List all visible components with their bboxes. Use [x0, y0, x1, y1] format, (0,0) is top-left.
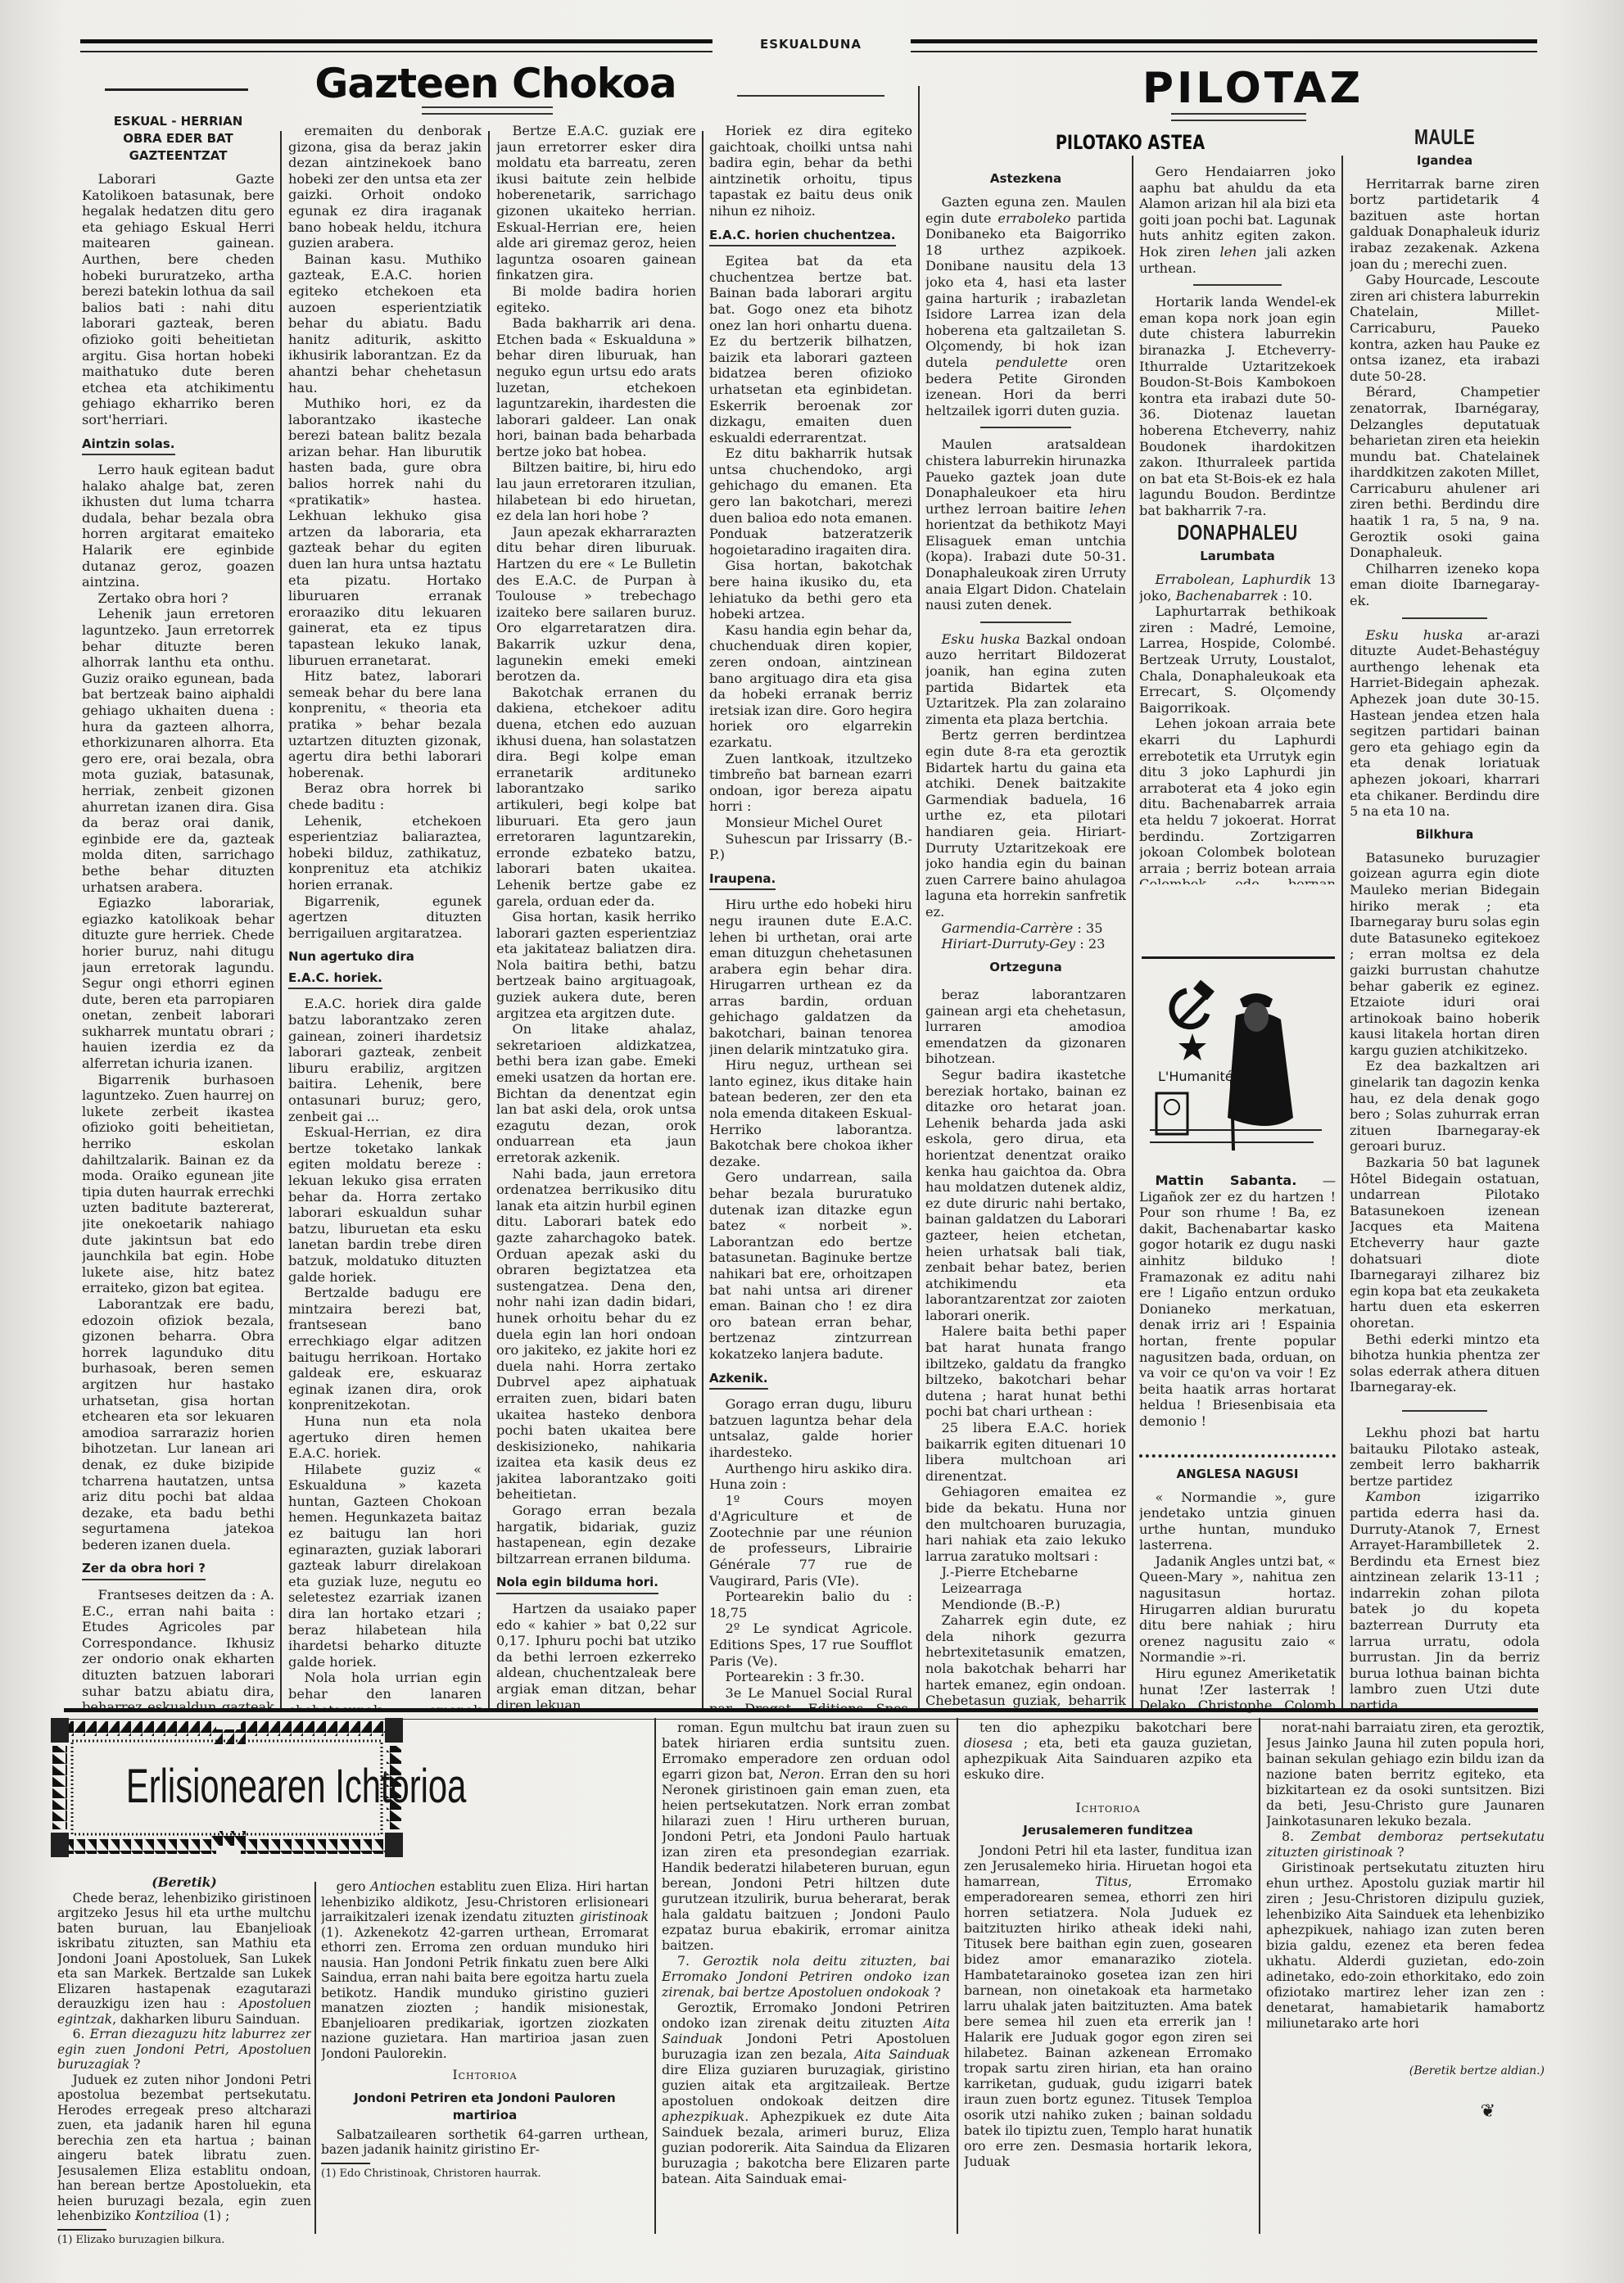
paragraph: Bi molde badira horien egiteko.	[496, 283, 696, 315]
paragraph: Hiru egunez Ameriketatik hunat !Zer last…	[1139, 1666, 1336, 1713]
paragraph: Jondoni Petri hil eta laster, funditua i…	[964, 1842, 1252, 2169]
paragraph: Bethi ederki mintzo eta bihotza hunkia p…	[1350, 1331, 1540, 1395]
paragraph: 6. Erran diezaguzu hitz laburrez zer egi…	[57, 2027, 311, 2073]
paragraph: 1º Cours moyen d'Agriculture et de Zoote…	[709, 1493, 912, 1589]
subheading-astezkena: Astezkena	[925, 170, 1126, 188]
separator	[1193, 284, 1282, 286]
paragraph: Bigarrenik, egunek agertzen dituzten ber…	[288, 893, 482, 942]
masthead-rule-left	[80, 39, 712, 52]
column-rule	[1132, 156, 1133, 1711]
paragraph: Ez ditu bakharrik hutsak untsa chuchendo…	[709, 445, 912, 558]
paragraph: Segur badira ikastetche bereziak hortako…	[925, 1067, 1126, 1324]
erlisionea-column-4: ten dio aphezpiku bakotchari bere dioses…	[964, 1720, 1252, 2260]
paragraph: Maulen aratsaldean chistera laburrekin h…	[925, 436, 1126, 613]
paragraph: Horiek ez dira egiteko gaichtoak, choilk…	[709, 123, 912, 219]
paragraph: Geroztik, Erromako Jondoni Petriren ondo…	[662, 2000, 950, 2186]
svg-text:L'Humanité: L'Humanité	[1158, 1069, 1233, 1084]
paragraph: Bada bakharrik ari dena. Etchen bada « E…	[496, 315, 696, 459]
erlisionea-column-1: (Beretik) Chede beraz, lehenbiziko giris…	[57, 1875, 311, 2260]
paragraph: Bainan kasu. Muthiko gazteak, E.A.C. hor…	[288, 251, 482, 396]
paragraph: Egitea bat da eta chuchentzea bertze bat…	[709, 253, 912, 445]
fleuron-icon: ❦	[1266, 2104, 1545, 2119]
paragraph: Eskual-Herrian, ez dira bertze toketako …	[288, 1124, 482, 1285]
subheading-igandea: Igandea	[1350, 152, 1540, 170]
paragraph: Errabolean, Laphurdik 13 joko, Bachenaba…	[1139, 572, 1336, 604]
article-column-6b: Mattin Sabanta. — Ligañok zer ez du hart…	[1139, 1173, 1336, 1713]
paragraph: Bertze E.A.C. guziak ere jaun erretorrer…	[496, 123, 696, 283]
section-title-gazteen-chokoa: Gazteen Chokoa	[303, 59, 688, 108]
paragraph: Garmendia-Carrère : 35	[925, 920, 1126, 937]
paragraph: ten dio aphezpiku bakotchari bere dioses…	[964, 1720, 1252, 1782]
separator	[1142, 956, 1335, 959]
subheading-zer-da: Zer da obra hori ?	[82, 1561, 206, 1580]
column-rule	[280, 131, 282, 1711]
subheading-azkenik: Azkenik.	[709, 1371, 768, 1390]
masthead-rule-right	[911, 39, 1537, 52]
paragraph: Halere baita bethi paper bat harat hunat…	[925, 1323, 1126, 1420]
paragraph: Lehenik jaun erretoren laguntzeko. Jaun …	[82, 606, 274, 895]
paragraph: norat-nahi barraiatu ziren, eta geroztik…	[1266, 1720, 1545, 1829]
paragraph: Esku huska Bazkal ondoan auzo herritart …	[925, 631, 1126, 728]
paragraph: Batasuneko buruzagier goizean agurra egi…	[1350, 850, 1540, 1059]
subheading-donaphaleu: DONAPHALEU	[1160, 525, 1314, 541]
paragraph: Leizearraga	[925, 1580, 1126, 1597]
paragraph: Nola hola urrian egin behar den lanaren …	[288, 1670, 482, 1711]
column-rule	[1259, 1718, 1260, 2234]
erlisionea-banner: Erlisionearen Ichtorioa	[51, 1718, 403, 1857]
paragraph: Bertzalde badugu ere mintzaira berezi ba…	[288, 1285, 482, 1413]
paragraph: « Normandie », gure jendetako untzia gin…	[1139, 1490, 1336, 1553]
paragraph: 2º Le syndicat Agricole. Editions Spes, …	[709, 1621, 912, 1669]
paragraph: Jaun apezak ekharrarazten ditu behar dir…	[496, 524, 696, 685]
article-column-1: ESKUAL - HERRIAN OBRA EDER BAT GAZTEENTZ…	[82, 106, 274, 1711]
paragraph: Suhescun par Irissarry (B.-P.)	[709, 831, 912, 863]
paragraph: Juduek ez zuten nihor Jondoni Petri apos…	[57, 2073, 311, 2224]
hammer-sickle-cartoon-icon: L'Humanité	[1142, 966, 1338, 1163]
article-column-4: Horiek ez dira egiteko gaichtoak, choilk…	[709, 123, 912, 1711]
article-headline: ESKUAL - HERRIAN OBRA EDER BAT GAZTEENTZ…	[82, 113, 274, 165]
paragraph: Bigarrenik burhasoen laguntzeko. Zuen ha…	[82, 1072, 274, 1296]
ichtorioa-label: Ichtorioa	[964, 1800, 1252, 1815]
paragraph: gero Antiochen establitu zuen Eliza. Hir…	[321, 1879, 649, 2061]
paragraph: Portearekin balio du : 18,75	[709, 1589, 912, 1621]
ornament-rule	[737, 95, 884, 97]
paragraph: Beraz obra horrek bi chede baditu :	[288, 780, 482, 812]
paragraph: Portearekin : 3 fr.30.	[709, 1669, 912, 1685]
article-column-5-continued: beraz laborantzaren gainean argi eta che…	[925, 987, 1126, 1711]
beretik-label: (Beretik)	[57, 1875, 311, 1891]
paragraph: Lekhu phozi bat hartu baitauku Pilotako …	[1350, 1425, 1540, 1489]
erlisionea-title: Erlisionearen Ichtorioa	[126, 1754, 328, 1820]
paragraph: Muthiko hori, ez da laborantzako ikastec…	[288, 396, 482, 668]
paragraph: Salbatzailearen sorthetik 64-garren urth…	[321, 2127, 649, 2158]
paragraph: Mendionde (B.-P.)	[925, 1597, 1126, 1613]
paragraph: Gero Hendaiarren joko aaphu bat ahuldu d…	[1139, 164, 1336, 276]
erlisionea-column-5: norat-nahi barraiatu ziren, eta geroztik…	[1266, 1720, 1545, 2260]
masthead-title: ESKUALDUNA	[712, 37, 909, 52]
erlisionea-column-2: gero Antiochen establitu zuen Eliza. Hir…	[321, 1879, 649, 2264]
paragraph: Hiriart-Durruty-Gey : 23	[925, 936, 1126, 952]
paragraph: Monsieur Michel Ouret	[709, 815, 912, 831]
subheading-nola-egin-bilduma: Nola egin bilduma hori.	[496, 1575, 658, 1594]
ichtorioa-label: Ichtorioa	[321, 2068, 649, 2083]
paragraph: Lerro hauk egitean badut halako ahalge b…	[82, 462, 274, 590]
paragraph: Herritarrak barne ziren bortz partidetar…	[1350, 176, 1540, 273]
paragraph: Laborantzak ere badu, edozoin ofiziok be…	[82, 1296, 274, 1553]
article-column-2: eremaiten du denborak gizona, gisa da be…	[288, 123, 482, 1711]
paragraph: Bérard, Champetier zenatorrak, Ibarnégar…	[1350, 384, 1540, 561]
dotted-separator	[1139, 1454, 1336, 1458]
subheading-aintzin-solas: Aintzin solas.	[82, 436, 175, 456]
erlisionea-column-3: roman. Egun multchu bat iraun zuen su ba…	[662, 1720, 950, 2260]
title-underline	[1171, 113, 1306, 121]
paragraph: Gazten eguna zen. Maulen egin dute errab…	[925, 194, 1126, 418]
paragraph: J.-Pierre Etchebarne	[925, 1564, 1126, 1580]
footnote-rule	[321, 2163, 370, 2164]
paragraph: Biltzen baitire, bi, hiru edo lau jaun e…	[496, 459, 696, 523]
paragraph: Gisa hortan, bakotchak bere haina ikusik…	[709, 558, 912, 622]
paragraph: Zertako obra hori ?	[82, 590, 274, 607]
paragraph: 25 libera E.A.C. horiek baikarrik egiten…	[925, 1420, 1126, 1484]
paragraph: 8. Zembat demboraz pertsekutatu zituzten…	[1266, 1829, 1545, 1860]
subheading-eac-chuchentzea: E.A.C. horien chuchentzea.	[709, 228, 896, 247]
paragraph: Kambon izigarriko partida ederra hasi da…	[1350, 1489, 1540, 1711]
paragraph: Huna nun eta nola agertuko diren hemen E…	[288, 1413, 482, 1462]
beretik-bertze-label: (Beretik bertze aldian.)	[1266, 2064, 1545, 2079]
column-rule	[1341, 156, 1343, 1711]
subheading-petri-martirioa: Jondoni Petriren eta Jondoni Pauloren ma…	[321, 2090, 649, 2124]
column-rule	[918, 86, 920, 1711]
subheading-bilkhura: Bilkhura	[1350, 826, 1540, 843]
paragraph: Egiazko laborariak, egiazko katolikoak b…	[82, 895, 274, 1072]
column-rule	[654, 1718, 656, 2234]
paragraph: Aurthengo hiru askiko dira. Huna zoin :	[709, 1461, 912, 1493]
footnote: (1) Elizako buruzagien bilkura.	[57, 2234, 311, 2247]
pilotako-astea-title: PILOTAKO ASTEA	[966, 131, 1294, 154]
paragraph: Lehen jokoan arraia bete ekarri du Laphu…	[1139, 716, 1336, 884]
paragraph: Bertz gerren berdintzea egin dute 8-ra e…	[925, 727, 1126, 920]
paragraph: beraz laborantzaren gainean argi eta che…	[925, 987, 1126, 1067]
separator	[1402, 1410, 1487, 1412]
paragraph: Gisa hortan, kasik herriko laborari gazt…	[496, 909, 696, 1021]
subheading-jerusalem: Jerusalemeren funditzea	[964, 1822, 1252, 1839]
column-rule	[314, 1882, 316, 2234]
paragraph: Laphurtarrak bethikoak ziren : Madré, Le…	[1139, 604, 1336, 716]
article-column-3: Bertze E.A.C. guziak ere jaun erretorrer…	[496, 123, 696, 1711]
paragraph: E.A.C. horiek dira galde batzu laborantz…	[288, 996, 482, 1124]
paragraph: Laborari Gazte Katolikoen batasunak, ber…	[82, 171, 274, 428]
paragraph: Nahi bada, jaun erretora ordenatzea berr…	[496, 1166, 696, 1503]
paragraph: Giristinoak pertsekutatu zituzten hiru e…	[1266, 1860, 1545, 2031]
column-rule	[488, 131, 490, 1711]
paragraph: Hitz batez, laborari semeak behar du ber…	[288, 668, 482, 780]
paragraph: Bazkaria 50 bat lagunek Hôtel Bidegain o…	[1350, 1155, 1540, 1331]
paragraph: 7. Geroztik nola deitu zituzten, bai Err…	[662, 1953, 950, 2000]
separator	[980, 427, 1070, 428]
mattin-lead: Mattin Sabanta.	[1155, 1173, 1296, 1188]
separator	[980, 622, 1070, 623]
paragraph: Ez dea bazkaltzen ari ginelarik tan dago…	[1350, 1058, 1540, 1155]
column-rule	[702, 131, 703, 1711]
paragraph: Chede beraz, lehenbiziko giristinoen arg…	[57, 1891, 311, 2028]
title-underline	[422, 106, 553, 115]
paragraph: Gorago erran dugu, liburu batzuen lagunt…	[709, 1396, 912, 1460]
newspaper-page: ESKUALDUNA Gazteen Chokoa PILOTAZ ESKUAL…	[0, 0, 1624, 2283]
subheading-ortzeguna: Ortzeguna	[925, 959, 1126, 976]
subheading-maule: MAULE	[1371, 129, 1519, 146]
paragraph: Zaharrek egin dute, ez dela nihork gezur…	[925, 1612, 1126, 1711]
subheading-nun-agertuko: Nun agertuko dira	[288, 949, 414, 967]
paragraph: Hartzen da usaiako paper edo « kahier » …	[496, 1601, 696, 1711]
footnote-rule	[57, 2229, 106, 2231]
subheading-anglesa-nagusi: ANGLESA NAGUSI	[1139, 1466, 1336, 1483]
paragraph: Gaby Hourcade, Lescoute ziren ari chiste…	[1350, 272, 1540, 384]
paragraph: Lehenik, etchekoen esperientziaz baliara…	[288, 813, 482, 893]
paragraph: Zuen lantkoak, itzultzeko timbreño bat b…	[709, 751, 912, 815]
paragraph: Gehiagoren emaitea ez bide da bekatu. Hu…	[925, 1484, 1126, 1564]
paragraph: Gorago erran bezala hargatik, bidariak, …	[496, 1503, 696, 1566]
footnote: (1) Edo Christinoak, Christoren haurrak.	[321, 2168, 649, 2181]
article-column-5: Astezkena Gazten eguna zen. Maulen egin …	[925, 164, 1126, 983]
paragraph: Hiru neguz, urthean sei lanto eginez, ik…	[709, 1057, 912, 1169]
paragraph: On litake ahalaz, sekretarioen aldizkatz…	[496, 1021, 696, 1165]
subheading-iraupena: Iraupena.	[709, 871, 776, 891]
ornament-rule	[105, 88, 248, 91]
paragraph: eremaiten du denborak gizona, gisa da be…	[288, 123, 482, 251]
paragraph: Frantseses deitzen da : A. E.C., erran n…	[82, 1587, 274, 1711]
article-column-7: MAULE Igandea Herritarrak barne ziren bo…	[1350, 123, 1540, 1711]
article-column-6: Gero Hendaiarren joko aaphu bat ahuldu d…	[1139, 164, 1336, 884]
column-rule	[957, 1718, 958, 2234]
paragraph: Hortarik landa Wendel-ek eman kopa nork …	[1139, 294, 1336, 518]
paragraph: Chilharren izeneko kopa eman dioite Ibar…	[1350, 561, 1540, 609]
paragraph: Jadanik Angles untzi bat, « Queen-Mary »…	[1139, 1553, 1336, 1666]
separator	[1402, 617, 1487, 619]
paragraph: Gero undarrean, saila behar bezala burur…	[709, 1169, 912, 1362]
subheading-larumbata: Larumbata	[1139, 548, 1336, 565]
paragraph: Hiru urthe edo hobeki hiru negu iraunen …	[709, 897, 912, 1057]
paragraph: Bakotchak erranen du dakiena, etchekoer …	[496, 685, 696, 909]
mattin-text: — Ligañok zer ez du hartzen ! Pour son r…	[1139, 1173, 1336, 1429]
paragraph: roman. Egun multchu bat iraun zuen su ba…	[662, 1720, 950, 1953]
subheading-eac-horiek: E.A.C. horiek.	[288, 970, 382, 990]
paragraph: Esku huska ar-arazi dituzte Audet-Behast…	[1350, 627, 1540, 820]
paragraph: Hilabete guziz « Eskualduna » kazeta hun…	[288, 1462, 482, 1670]
paragraph: Kasu handia egin behar da, chuchenduak d…	[709, 622, 912, 751]
section-title-pilotaz: PILOTAZ	[1089, 64, 1417, 113]
